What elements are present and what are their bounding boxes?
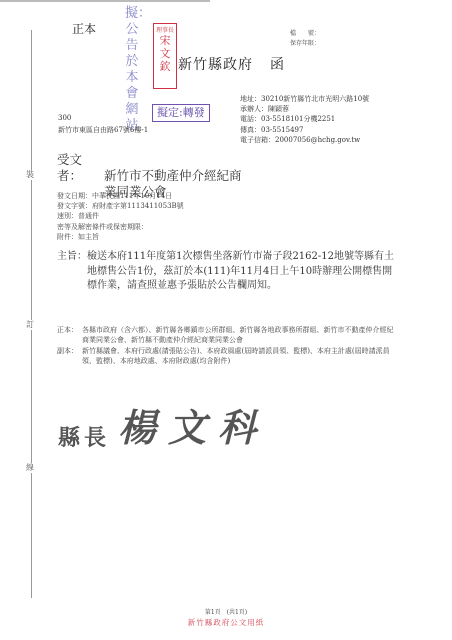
seal-title: 理事長: [154, 27, 176, 34]
margin-mark-line: 線: [26, 463, 34, 473]
subject-text: 檢送本府111年度第1次標售坐落新竹市崙子段2162-12地號等縣有土地標售公告…: [87, 250, 397, 294]
page-number: 第1頁 (共1頁): [0, 607, 452, 616]
paper-brand: 新竹縣政府公文用紙: [0, 617, 452, 628]
margin-mark-bind: 裝: [26, 170, 34, 180]
scan-edge: [0, 0, 210, 2]
dispatch-date: 發文日期：中華民國111年10月14日: [57, 191, 184, 201]
seal-char: 欽: [154, 60, 176, 73]
margin-mark-staple: 訂: [26, 320, 34, 330]
handwritten-note-stamp: 擬：公告於本會網站: [125, 6, 139, 134]
original-recipients: 正本： 各縣市政府（含六都）、新竹縣各鄉鎮市公所群組、新竹縣各地政事務所群組、新…: [57, 325, 397, 346]
sender-address: 新竹市東區自由路67號6樓-1: [58, 125, 148, 135]
chairman-seal-stamp: 理事長 宋 文 欽: [153, 23, 177, 89]
proposal-stamp: 擬定:轉發: [152, 104, 210, 122]
contact-address: 地址：30210新竹縣竹北市光明六路10號: [240, 94, 369, 104]
copy-list: 新竹縣議會、本府行政處(請張貼公告)、本府政風處(屆時請派員領、監標)、本府主計…: [82, 347, 390, 365]
secrecy-level: 密等及解密條件或保密期限：: [57, 222, 184, 232]
org-title: 新竹縣政府: [178, 54, 253, 74]
contact-phone: 電話：03-5518101分機2251: [240, 114, 369, 124]
retention-label: 保存年限：: [290, 38, 320, 47]
attachment: 附件：如主旨: [57, 232, 184, 242]
contact-handler: 承辦人：陳穎蓉: [240, 104, 369, 114]
signature-title: 縣長: [58, 425, 110, 451]
dispatch-number: 發文字號：府財產字第1113411053B號: [57, 201, 184, 211]
copy-recipients: 副本： 新竹縣議會、本府行政處(請張貼公告)、本府政風處(屆時請派員領、監標)、…: [57, 346, 397, 367]
doc-type: 函: [270, 54, 284, 74]
seal-char: 宋: [154, 34, 176, 47]
signature-name: 楊文科: [118, 405, 268, 450]
original-label: 正本：: [57, 325, 78, 335]
distribution-block: 正本： 各縣市政府（含六都）、新竹縣各鄉鎮市公所群組、新竹縣各地政事務所群組、新…: [57, 325, 397, 366]
signature-block: 縣長楊文科: [58, 397, 268, 452]
binding-line: [31, 30, 32, 598]
copy-label: 副本：: [57, 346, 78, 356]
file-number-label: 檔 號：: [290, 28, 320, 37]
sender-zip: 300: [58, 114, 71, 122]
dispatch-info: 發文日期：中華民國111年10月14日 發文字號：府財產字第1113411053…: [57, 191, 184, 242]
subject-block: 主旨： 檢送本府111年度第1次標售坐落新竹市崙子段2162-12地號等縣有土地…: [57, 250, 397, 294]
subject-label: 主旨：: [57, 250, 87, 265]
contact-fax: 傳真：03-5515497: [240, 125, 369, 135]
contact-block: 地址：30210新竹縣竹北市光明六路10號 承辦人：陳穎蓉 電話：03-5518…: [240, 94, 369, 145]
seal-char: 文: [154, 47, 176, 60]
copy-label: 正本: [72, 20, 96, 37]
recipient-name: 新竹市不動產仲介經紀商: [104, 168, 242, 183]
original-list: 各縣市政府（含六都）、新竹縣各鄉鎮市公所群組、新竹縣各地政事務所群組、新竹市不動…: [82, 326, 394, 344]
recipient-label: 受文者：: [57, 152, 104, 184]
dispatch-speed: 速別：普通件: [57, 211, 184, 221]
contact-email: 電子信箱：20007056@hchg.gov.tw: [240, 135, 369, 145]
